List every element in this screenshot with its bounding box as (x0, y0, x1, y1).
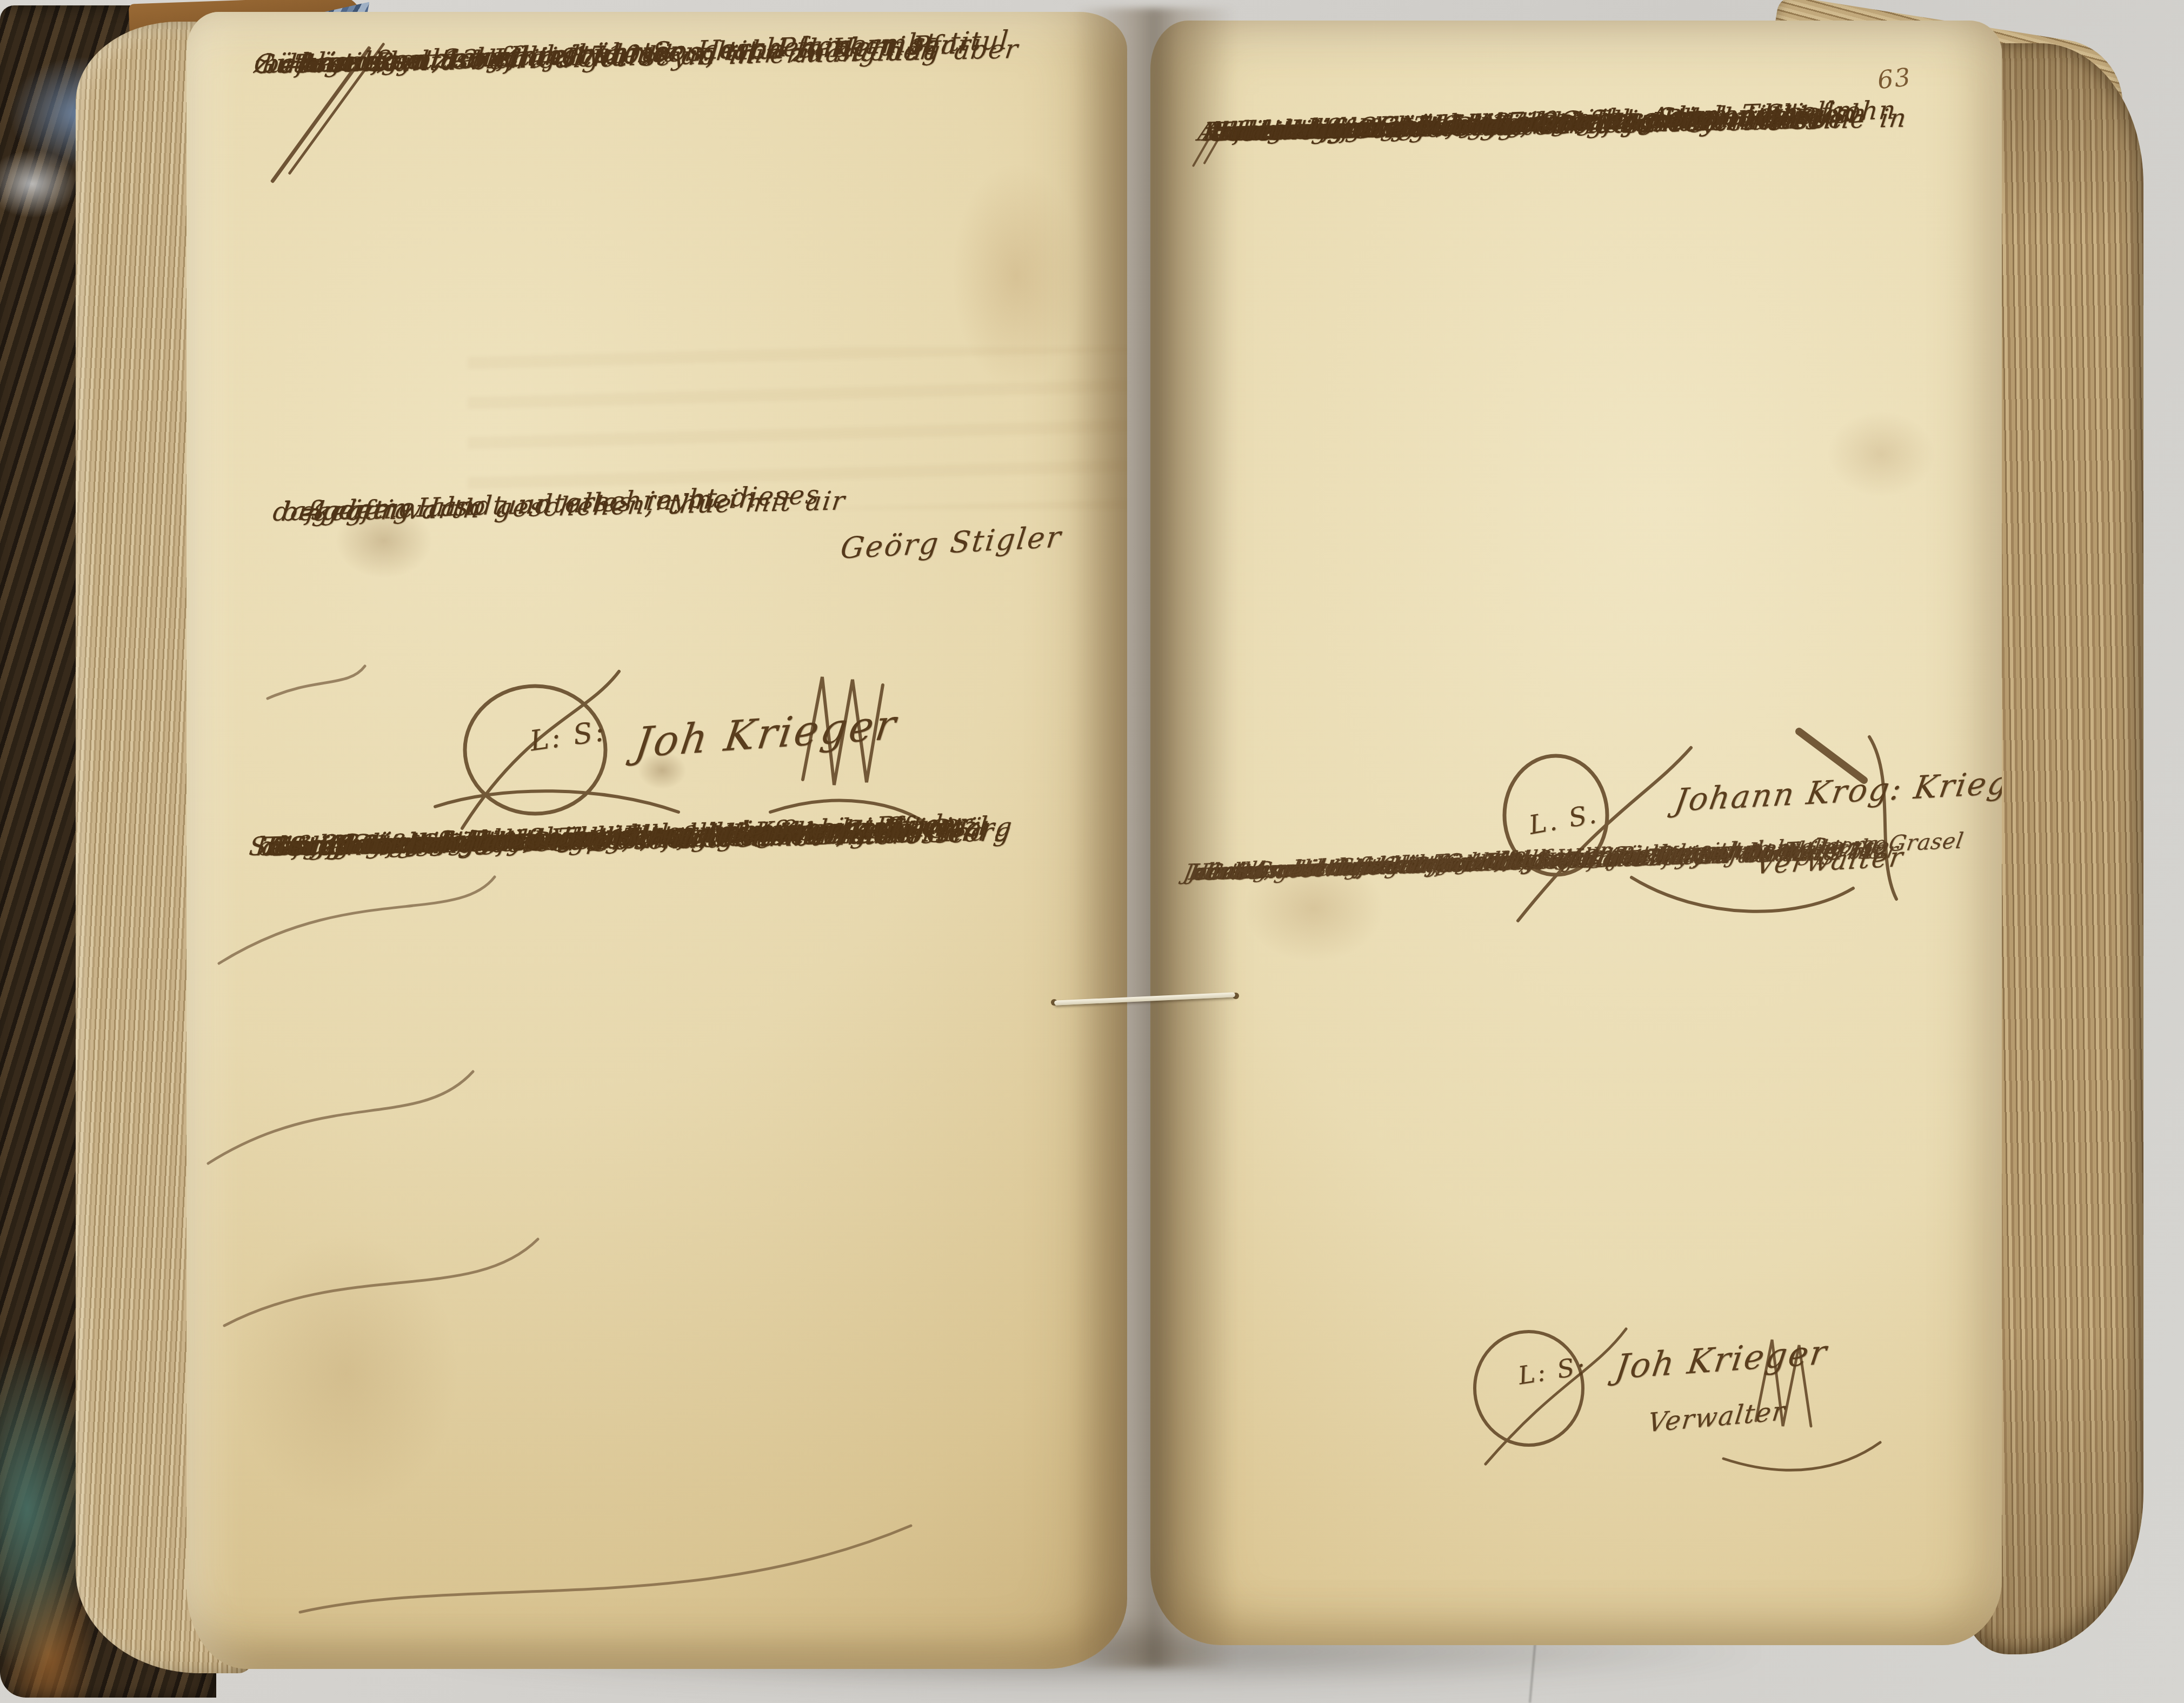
signature-block-johann-krieger: L. S. Johann Krog: Krieger Verwalter (1496, 715, 1999, 942)
signature-flourish (1453, 1307, 1918, 1491)
signature-name: Joh Krieger (1613, 1332, 1830, 1387)
locus-sigilli-mark: L: S: (1516, 1351, 1589, 1390)
handwritten-line: bekräftig . (280, 495, 437, 525)
locus-sigilli-mark: L: S: (528, 715, 609, 757)
photo-of-open-manuscript-book: Güttl außsetzen solte, womit s: titul d … (0, 0, 2184, 1703)
signature-title: Verwalter (1646, 1395, 1787, 1438)
right-page: 63 nicht Außzahlet Geörg Stigler aber bo… (1150, 21, 2002, 1645)
signature-name: Joh Krieger (632, 700, 901, 767)
signature-block-joh-krieger-2: L: S: Joh Krieger Verwalter (1453, 1307, 1918, 1491)
signature-name: Johann Krog: Krieger (1672, 762, 2002, 819)
left-page: Güttl außsetzen solte, womit s: titul d … (187, 12, 1127, 1669)
locus-sigilli-mark: L. S. (1527, 799, 1601, 841)
witness-signature-name: Geörg Stigler (838, 520, 1064, 566)
folio-page-number: 63 (1876, 62, 1913, 95)
